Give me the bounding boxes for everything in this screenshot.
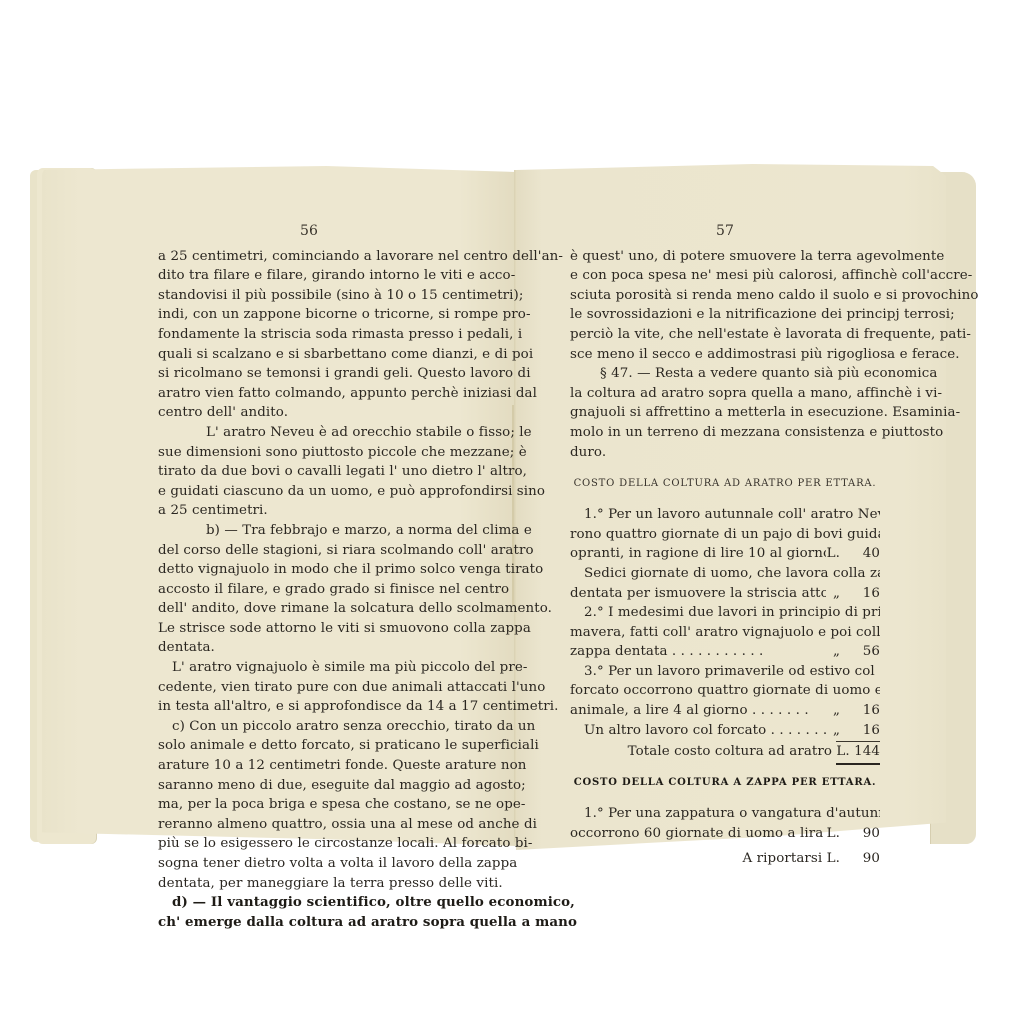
cost-row: 1.° Per un lavoro autunnale coll' aratro… (570, 505, 880, 525)
text-line: solo animale e detto forcato, si pratica… (158, 736, 460, 756)
cost-row: 2.° I medesimi due lavori in principio d… (570, 603, 880, 623)
text-line: fondamente la striscia soda rimasta pres… (158, 325, 460, 345)
cost-amount: 16 (840, 701, 880, 721)
text-line: la coltura ad aratro sopra quella a mano… (570, 384, 880, 404)
cost-amount: 90 (840, 824, 880, 844)
text-line: d) — Il vantaggio scientifico, oltre que… (158, 893, 460, 913)
plough-total-row: Totale costo coltura ad aratro L. 144 (570, 740, 880, 761)
text-line: a 25 centimetri. (158, 501, 460, 521)
text-line: § 47. — Resta a vedere quanto sià più ec… (570, 364, 880, 384)
text-line: sogna tener dietro volta a volta il lavo… (158, 854, 460, 874)
text-line: molo in un terreno di mezzana consistenz… (570, 423, 880, 443)
cost-row: opranti, in ragione di lire 10 al giorno… (570, 544, 880, 564)
text-line: duro. (570, 443, 880, 463)
text-line: aratro vien fatto colmando, appunto perc… (158, 384, 460, 404)
text-line: cedente, vien tirato pure con due animal… (158, 678, 460, 698)
text-line: ma, per la poca briga e spesa che costan… (158, 795, 460, 815)
left-page-text: 56 a 25 centimetri, cominciando a lavora… (158, 222, 460, 932)
text-line: c) Con un piccolo aratro senza orecchio,… (158, 717, 460, 737)
text-line: gnajuoli si affrettino a metterla in ese… (570, 403, 880, 423)
text-line: Le strisce sode attorno le viti si smuov… (158, 619, 460, 639)
text-line: le sovrossidazioni e la nitrificazione d… (570, 305, 880, 325)
cost-amount: 40 (840, 544, 880, 564)
cost-row: animale, a lire 4 al giorno . . . . . . … (570, 701, 880, 721)
page-number-right: 57 (570, 222, 880, 242)
cost-row: zappa dentata . . . . . . . . . . .„56 (570, 642, 880, 662)
cost-row: Sedici giornate di uomo, che lavora coll… (570, 564, 880, 584)
text-line: centro dell' andito. (158, 403, 460, 423)
text-line: arature 10 a 12 centimetri fonde. Queste… (158, 756, 460, 776)
cost-row: Un altro lavoro col forcato . . . . . . … (570, 721, 880, 741)
text-line: più se lo esigessero le circostanze loca… (158, 834, 460, 854)
text-line: sciuta porosità si renda meno caldo il s… (570, 286, 880, 306)
text-line: saranno meno di due, eseguite dal maggio… (158, 776, 460, 796)
cost-row: 1.° Per una zappatura o vangatura d'autu… (570, 804, 880, 824)
total-label: Totale costo coltura ad aratro (628, 742, 832, 762)
total-value: L. 144 (836, 741, 880, 765)
text-line: sue dimensioni sono piuttosto piccole ch… (158, 443, 460, 463)
cost-row: dentata per ismuovere la striscia attorn… (570, 584, 880, 604)
page-number-left: 56 (158, 222, 460, 242)
text-line: sce meno il secco e addimostrasi più rig… (570, 345, 880, 365)
text-line: in testa all'altro, e si approfondisce d… (158, 697, 460, 717)
plough-cost-table: 1.° Per un lavoro autunnale coll' aratro… (570, 505, 880, 761)
currency-mark: „ (826, 721, 840, 741)
text-line: detto vignajuolo in modo che il primo so… (158, 560, 460, 580)
text-line: si ricolmano se temonsi i grandi geli. Q… (158, 364, 460, 384)
cost-amount: 16 (840, 721, 880, 741)
text-line: dentata. (158, 638, 460, 658)
right-page-text: 57 è quest' uno, di potere smuovere la t… (570, 222, 880, 869)
open-book: 56 a 25 centimetri, cominciando a lavora… (0, 0, 1024, 1024)
text-line: e con poca spesa ne' mesi più calorosi, … (570, 266, 880, 286)
text-line: dentata, per maneggiare la terra presso … (158, 874, 460, 894)
text-line: quali si scalzano e si sbarbettano come … (158, 345, 460, 365)
text-line: indi, con un zappone bicorne o tricorne,… (158, 305, 460, 325)
cost-amount: 16 (840, 584, 880, 604)
text-line: L' aratro vignajuolo è simile ma più pic… (158, 658, 460, 678)
carry-value: 90 (840, 849, 880, 869)
text-line: del corso delle stagioni, si riara scolm… (158, 541, 460, 561)
cost-row: mavera, fatti coll' aratro vignajuolo e … (570, 623, 880, 643)
text-line: reranno almeno quattro, ossia una al mes… (158, 815, 460, 835)
currency-mark: „ (826, 584, 840, 604)
currency-mark: L. (826, 824, 840, 844)
currency-mark: L. (826, 544, 840, 564)
hoe-cost-table: 1.° Per una zappatura o vangatura d'autu… (570, 804, 880, 869)
text-line: ch' emerge dalla coltura ad aratro sopra… (158, 913, 460, 933)
section-heading-hoe-cost: COSTO DELLA COLTURA A ZAPPA PER ETTARA. (570, 774, 880, 792)
cost-amount: 56 (840, 642, 880, 662)
text-line: a 25 centimetri, cominciando a lavorare … (158, 247, 460, 267)
carry-forward-row: A riportarsi L. 90 (570, 849, 880, 869)
text-line: dell' andito, dove rimane la solcatura d… (158, 599, 460, 619)
cost-row: rono quattro giornate di un pajo di bovi… (570, 525, 880, 545)
text-line: accosto il filare, e grado grado si fini… (158, 580, 460, 600)
cost-row: occorrono 60 giornate di uomo a lira 1, … (570, 824, 880, 844)
carry-label: A riportarsi L. (743, 849, 840, 869)
text-line: e guidati ciascuno da un uomo, e può app… (158, 482, 460, 502)
cost-row: forcato occorrono quattro giornate di uo… (570, 681, 880, 701)
currency-mark: „ (826, 642, 840, 662)
text-line: è quest' uno, di potere smuovere la terr… (570, 247, 880, 267)
cost-row: 3.° Per un lavoro primaverile od estivo … (570, 662, 880, 682)
text-line: b) — Tra febbrajo e marzo, a norma del c… (158, 521, 460, 541)
section-heading-plough-cost: COSTO DELLA COLTURA AD ARATRO PER ETTARA… (570, 475, 880, 493)
text-line: perciò la vite, che nell'estate è lavora… (570, 325, 880, 345)
currency-mark: „ (826, 701, 840, 721)
text-line: standovisi il più possibile (sino à 10 o… (158, 286, 460, 306)
text-line: dito tra filare e filare, girando intorn… (158, 266, 460, 286)
text-line: L' aratro Neveu è ad orecchio stabile o … (158, 423, 460, 443)
text-line: tirato da due bovi o cavalli legati l' u… (158, 462, 460, 482)
